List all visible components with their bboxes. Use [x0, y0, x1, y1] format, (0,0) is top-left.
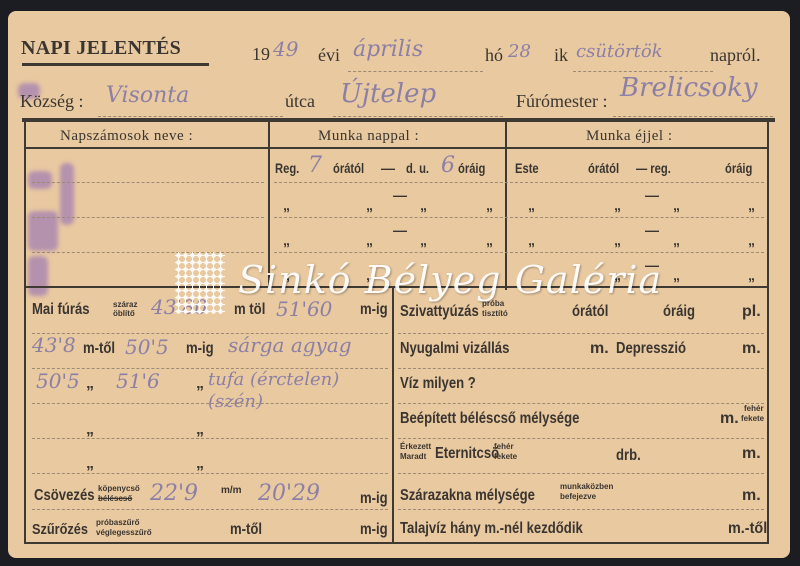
evi-label: évi: [318, 45, 340, 66]
night-oratol-label: órától: [588, 160, 619, 176]
ditto-mark: „: [420, 197, 427, 213]
day-oratol-label: órától: [333, 160, 364, 176]
szivattyuzas-label: Szivattyúzás: [400, 303, 479, 321]
table-top-border: [22, 118, 775, 122]
year-prefix: 19: [252, 44, 270, 65]
ditto-mark: „: [528, 197, 535, 213]
utca-label: útca: [285, 91, 315, 112]
form-title: NAPI JELENTÉS: [21, 37, 181, 60]
stamp-icon: [175, 252, 225, 314]
layer-1-from[interactable]: 43'8: [32, 333, 76, 357]
layer-2-to[interactable]: 51'6: [116, 369, 160, 393]
ditto-mark: „: [614, 197, 621, 213]
night-este-label: Este: [515, 160, 539, 176]
szarazakna-label: Szárazakna mélysége: [400, 487, 535, 505]
day-end-hour[interactable]: 6: [441, 153, 455, 178]
day-reg-label: Reg.: [275, 160, 299, 176]
nyugalmi-label: Nyugalmi vizállás: [400, 340, 509, 358]
naprol-label: napról.: [710, 45, 760, 66]
year-value[interactable]: 49: [273, 37, 298, 61]
day-du-label: d. u.: [406, 160, 429, 176]
weekday-value[interactable]: csütörtök: [576, 41, 663, 62]
layer-1-description[interactable]: sárga agyag: [228, 333, 352, 357]
ditto-mark: „: [528, 232, 535, 248]
violet-ink-stamp: [28, 256, 48, 296]
ditto-mark: „: [283, 197, 290, 213]
night-oraig-label: óráig: [725, 160, 752, 176]
csovezes-from[interactable]: 22'9: [150, 481, 198, 506]
title-underline: [22, 63, 209, 66]
szurozes-label: Szűrőzés: [32, 521, 88, 538]
month-value[interactable]: április: [353, 37, 423, 62]
ik-label: ik: [554, 45, 568, 66]
ditto-mark: „: [614, 232, 621, 248]
furomester-value[interactable]: Brelicsoky: [620, 73, 758, 103]
beepitett-label: Beépített béléscső mélysége: [400, 410, 579, 428]
table-left-border: [24, 122, 26, 544]
ditto-mark: „: [748, 267, 755, 283]
talajviz-label: Talajvíz hány m.-nél kezdődik: [400, 520, 583, 538]
table-right-border: [767, 122, 769, 544]
day-oraig-label: óráig: [458, 160, 485, 176]
csovezes-to[interactable]: 20'29: [258, 481, 320, 506]
kozseg-label: Község :: [20, 91, 83, 112]
ditto-mark: „: [420, 232, 427, 248]
ditto-mark: „: [748, 232, 755, 248]
col-header-night: Munka éjjel :: [586, 128, 672, 145]
mai-furas-label: Mai fúrás: [32, 301, 90, 319]
layer-2-description[interactable]: tufa (érctelen) (szén): [208, 369, 388, 413]
layer-1-to[interactable]: 50'5: [125, 335, 169, 359]
furomester-label: Fúrómester :: [516, 91, 608, 112]
ditto-mark: „: [486, 197, 493, 213]
watermark-text: Sinkó Bélyeg Galéria: [238, 258, 662, 302]
ditto-mark: „: [673, 232, 680, 248]
ditto-mark: „: [283, 232, 290, 248]
day-value[interactable]: 28: [508, 41, 531, 62]
violet-ink-stamp: [60, 163, 74, 225]
day-start-hour[interactable]: 7: [308, 153, 322, 178]
utca-value[interactable]: Újtelep: [340, 79, 436, 109]
night-reg-label: — reg.: [636, 160, 671, 176]
ditto-mark: „: [486, 232, 493, 248]
eternitcso-label: Eternitcsö: [435, 445, 499, 463]
ditto-mark: „: [366, 197, 373, 213]
ditto-mark: „: [673, 267, 680, 283]
kozseg-value[interactable]: Visonta: [106, 83, 189, 108]
viz-milyen-label: Víz milyen ?: [400, 375, 476, 393]
col-header-names: Napszámosok neve :: [60, 128, 193, 145]
csovezes-label: Csövezés: [34, 487, 95, 505]
day-dash: —: [381, 160, 395, 176]
layer-2-from[interactable]: 50'5: [36, 369, 80, 393]
col-header-day: Munka nappal :: [318, 128, 419, 145]
violet-ink-stamp: [28, 171, 52, 189]
ditto-mark: „: [366, 232, 373, 248]
table-bottom-border: [24, 542, 769, 544]
ditto-mark: „: [673, 197, 680, 213]
ditto-mark: „: [748, 197, 755, 213]
ho-label: hó: [485, 45, 503, 66]
